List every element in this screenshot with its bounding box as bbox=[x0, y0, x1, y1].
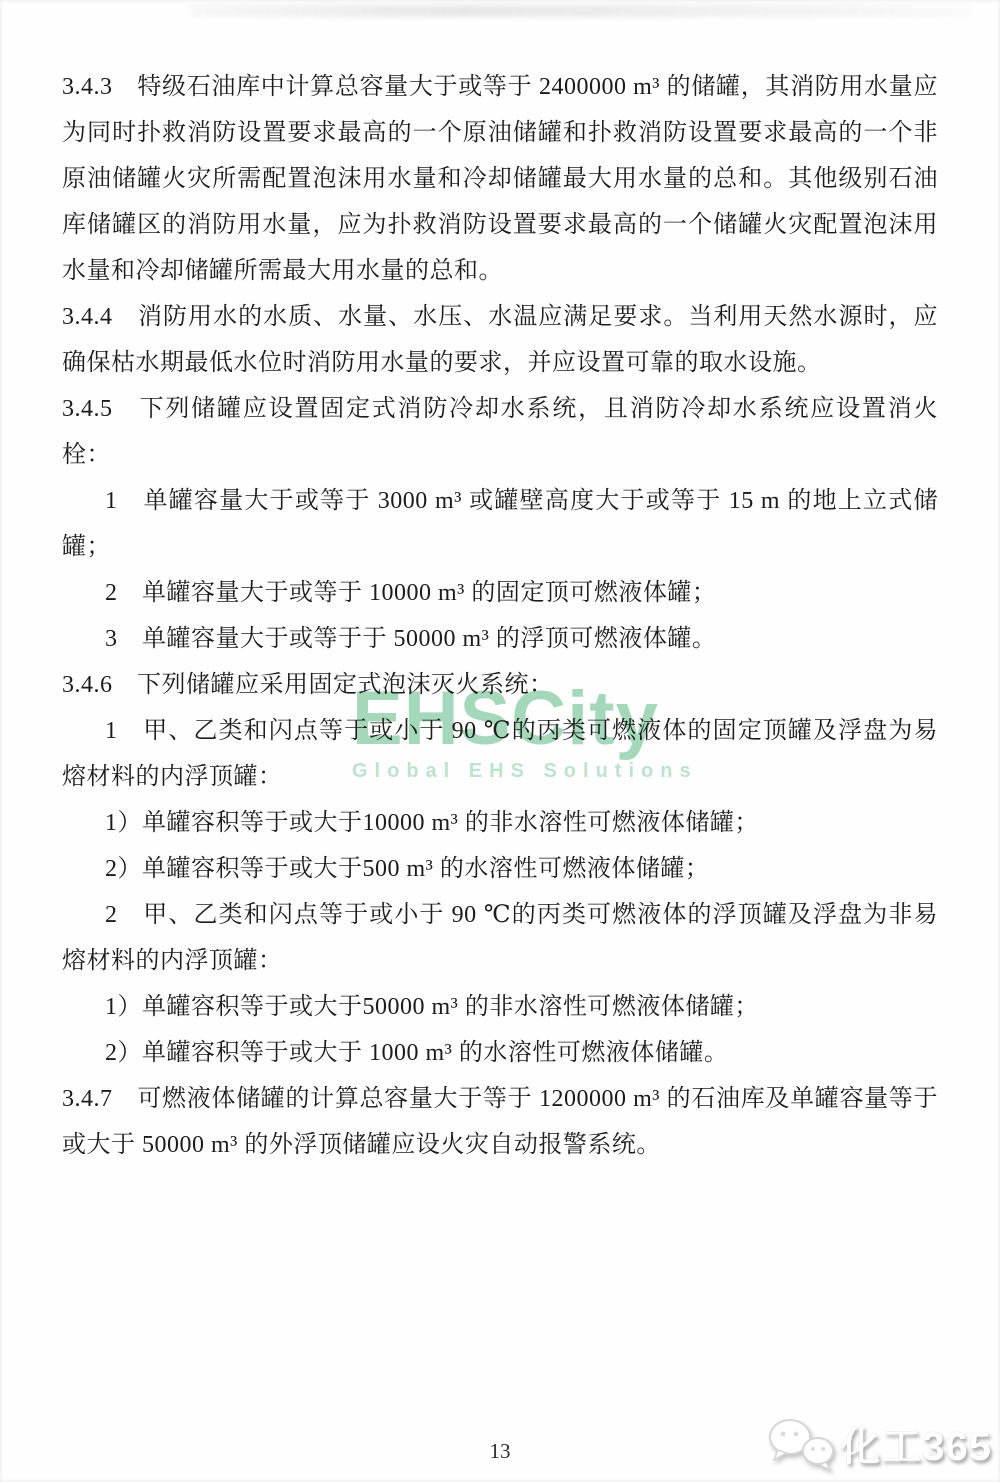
corner-watermark: 化工365 bbox=[764, 1414, 992, 1472]
paragraph: 3 单罐容量大于或等于于 50000 m³ 的浮顶可燃液体罐。 bbox=[62, 616, 938, 662]
document-page: EHSCity Global EHS Solutions 3.4.3 特级石油库… bbox=[0, 0, 1000, 1482]
paragraph: 3.4.3 特级石油库中计算总容量大于或等于 2400000 m³ 的储罐，其消… bbox=[62, 64, 938, 294]
paragraph: 3.4.5 下列储罐应设置固定式消防冷却水系统，且消防冷却水系统应设置消火栓： bbox=[62, 386, 938, 478]
paragraph: 3.4.7 可燃液体储罐的计算总容量大于等于 1200000 m³ 的石油库及单… bbox=[62, 1076, 938, 1168]
document-content: 3.4.3 特级石油库中计算总容量大于或等于 2400000 m³ 的储罐，其消… bbox=[62, 64, 938, 1168]
paragraph: 2）单罐容积等于或大于500 m³ 的水溶性可燃液体储罐； bbox=[62, 846, 938, 892]
corner-watermark-text: 化工365 bbox=[840, 1415, 992, 1472]
paragraph: 1）单罐容积等于或大于10000 m³ 的非水溶性可燃液体储罐； bbox=[62, 800, 938, 846]
paragraph: 3.4.4 消防用水的水质、水量、水压、水温应满足要求。当利用天然水源时，应确保… bbox=[62, 294, 938, 386]
paragraph: 1 甲、乙类和闪点等于或小于 90 ℃的丙类可燃液体的固定顶罐及浮盘为易熔材料的… bbox=[62, 708, 938, 800]
wechat-icon bbox=[764, 1414, 838, 1472]
paragraph: 1 单罐容量大于或等于 3000 m³ 或罐壁高度大于或等于 15 m 的地上立… bbox=[62, 478, 938, 570]
paragraph: 3.4.6 下列储罐应采用固定式泡沫灭火系统： bbox=[62, 662, 938, 708]
scan-artifact bbox=[190, 5, 970, 17]
paragraph: 2 甲、乙类和闪点等于或小于 90 ℃的丙类可燃液体的浮顶罐及浮盘为非易熔材料的… bbox=[62, 892, 938, 984]
paragraph: 1）单罐容积等于或大于50000 m³ 的非水溶性可燃液体储罐； bbox=[62, 984, 938, 1030]
paragraph: 2）单罐容积等于或大于 1000 m³ 的水溶性可燃液体储罐。 bbox=[62, 1030, 938, 1076]
paragraph: 2 单罐容量大于或等于 10000 m³ 的固定顶可燃液体罐； bbox=[62, 570, 938, 616]
